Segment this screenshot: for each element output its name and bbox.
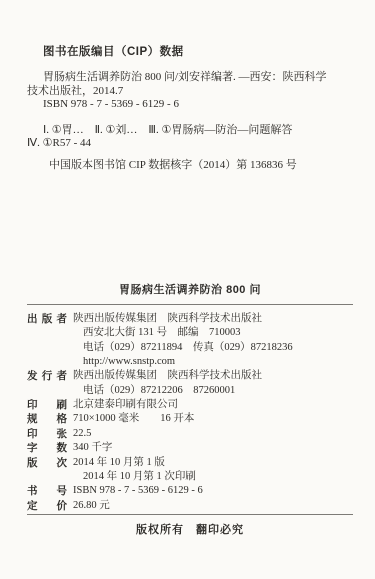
row-content: 电话（029）87212206 87260001 xyxy=(77,384,235,398)
cip-classification-line-2: Ⅳ. ①R57 - 44 xyxy=(27,137,353,150)
row-price: 定价 26.80 元 xyxy=(27,499,353,513)
row-content: 340 千字 xyxy=(67,441,112,455)
row-content: 2014 年 10 月第 1 版 xyxy=(67,456,165,470)
divider-top xyxy=(27,304,353,305)
row-label: 印刷 xyxy=(27,398,67,412)
cip-isbn-line: ISBN 978 - 7 - 5369 - 6129 - 6 xyxy=(27,98,353,111)
row-book-number: 书号 ISBN 978 - 7 - 5369 - 6129 - 6 xyxy=(27,484,353,498)
cip-heading: 图书在版编目（CIP）数据 xyxy=(27,46,353,59)
row-edition: 版次 2014 年 10 月第 1 版 xyxy=(27,456,353,470)
row-content: 2014 年 10 月第 1 次印刷 xyxy=(77,470,196,484)
row-word-count: 字数 340 千字 xyxy=(27,441,353,455)
cip-section: 图书在版编目（CIP）数据 胃肠病生活调养防治 800 问/刘安祥编著. —西安… xyxy=(0,0,375,172)
row-content: 北京建泰印刷有限公司 xyxy=(67,398,178,412)
cip-title-line: 胃肠病生活调养防治 800 问/刘安祥编著. —西安：陕西科学 xyxy=(27,71,353,84)
row-content: http://www.snstp.com xyxy=(77,355,175,369)
row-label: 规格 xyxy=(27,412,67,426)
running-title: 胃肠病生活调养防治 800 问 xyxy=(27,281,353,297)
row-label: 定价 xyxy=(27,499,67,513)
row-label: 印张 xyxy=(27,427,67,441)
row-content: ISBN 978 - 7 - 5369 - 6129 - 6 xyxy=(67,484,203,498)
row-printing-run: 2014 年 10 月第 1 次印刷 xyxy=(27,470,353,484)
book-copyright-page: 图书在版编目（CIP）数据 胃肠病生活调养防治 800 问/刘安祥编著. —西安… xyxy=(0,0,375,579)
row-publisher: 出版者 陕西出版传媒集团 陕西科学技术出版社 xyxy=(27,312,353,326)
cip-classification-line-1: Ⅰ. ①胃… Ⅱ. ①刘… Ⅲ. ①胃肠病—防治—问题解答 xyxy=(27,124,353,137)
row-label: 发行者 xyxy=(27,369,67,383)
row-publisher-address: 西安北大街 131 号 邮编 710003 xyxy=(27,326,353,340)
row-label: 版次 xyxy=(27,456,67,470)
row-distributor: 发行者 陕西出版传媒集团 陕西科学技术出版社 xyxy=(27,369,353,383)
row-distributor-phone: 电话（029）87212206 87260001 xyxy=(27,384,353,398)
row-content: 陕西出版传媒集团 陕西科学技术出版社 xyxy=(67,312,262,326)
row-content: 陕西出版传媒集团 陕西科学技术出版社 xyxy=(67,369,262,383)
row-content: 西安北大街 131 号 邮编 710003 xyxy=(77,326,241,340)
divider-bottom xyxy=(27,514,353,515)
colophon-section: 胃肠病生活调养防治 800 问 出版者 陕西出版传媒集团 陕西科学技术出版社 西… xyxy=(27,281,353,537)
row-content: 22.5 xyxy=(67,427,91,441)
copyright-notice: 版权所有 翻印必究 xyxy=(27,521,353,537)
colophon-table: 出版者 陕西出版传媒集团 陕西科学技术出版社 西安北大街 131 号 邮编 71… xyxy=(27,312,353,513)
cip-registry-line: 中国版本图书馆 CIP 数据核字（2014）第 136836 号 xyxy=(27,159,353,172)
cip-publisher-line: 技术出版社，2014.7 xyxy=(27,85,353,98)
row-content: 710×1000 毫米 16 开本 xyxy=(67,412,194,426)
row-printer: 印刷 北京建泰印刷有限公司 xyxy=(27,398,353,412)
row-publisher-url: http://www.snstp.com xyxy=(27,355,353,369)
row-label: 字数 xyxy=(27,441,67,455)
row-label: 书号 xyxy=(27,484,67,498)
row-content: 电话（029）87211894 传真（029）87218236 xyxy=(77,341,293,355)
row-format: 规格 710×1000 毫米 16 开本 xyxy=(27,412,353,426)
row-label: 出版者 xyxy=(27,312,67,326)
row-printed-sheets: 印张 22.5 xyxy=(27,427,353,441)
row-publisher-phone: 电话（029）87211894 传真（029）87218236 xyxy=(27,341,353,355)
row-content: 26.80 元 xyxy=(67,499,110,513)
